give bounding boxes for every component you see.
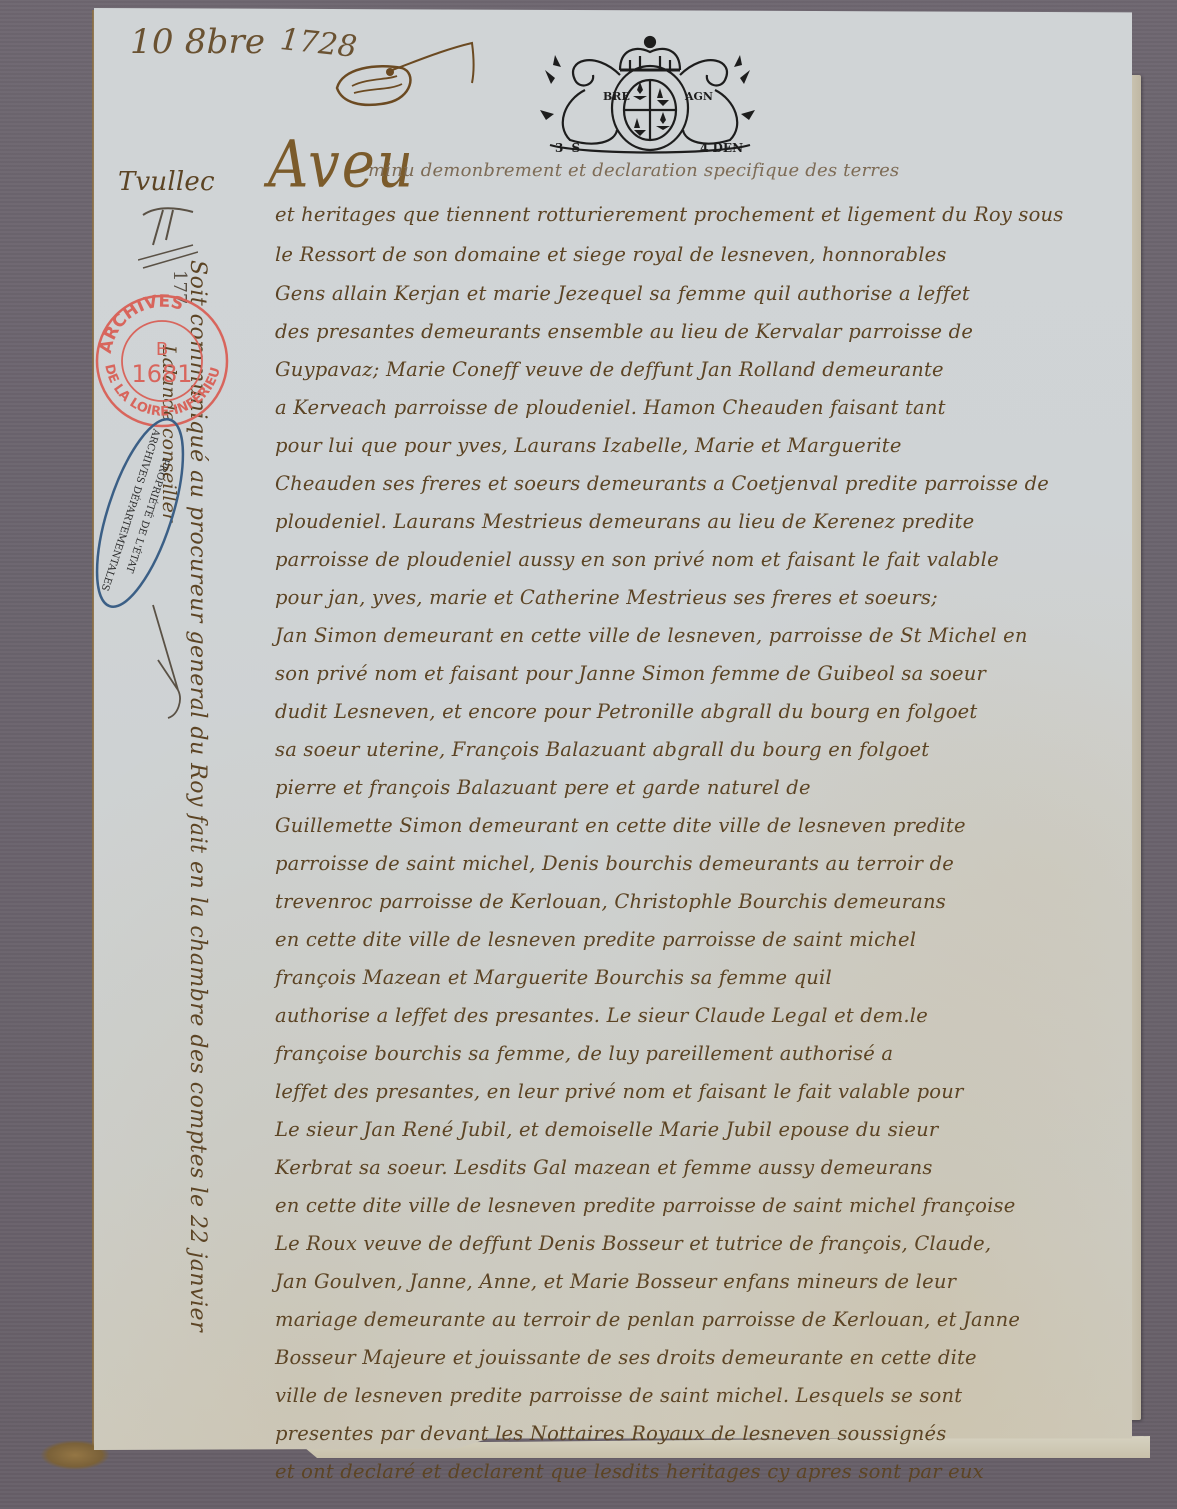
body-line: pierre et françois Balazuant pere et gar… bbox=[275, 776, 811, 799]
body-line: ploudeniel. Laurans Mestrieus demeurans … bbox=[275, 510, 974, 533]
oval-property-stamp-icon: PROPRIÉTÉ DE L'ÉTAT ARCHIVES DÉPARTEMENT… bbox=[95, 408, 185, 618]
body-line: son privé nom et faisant pour Janne Simo… bbox=[275, 662, 986, 685]
date-note: 10 8bre 1728 bbox=[130, 22, 357, 62]
body-line: et heritages que tiennent rotturierement… bbox=[275, 203, 1064, 226]
body-line: Jan Goulven, Janne, Anne, et Marie Bosse… bbox=[275, 1270, 956, 1293]
body-line: parroisse de saint michel, Denis bourchi… bbox=[275, 852, 954, 875]
svg-text:1681: 1681 bbox=[131, 360, 192, 388]
svg-text:3 S: 3 S bbox=[555, 141, 582, 155]
svg-text:B: B bbox=[156, 339, 168, 360]
body-line: a Kerveach parroisse de ploudeniel. Hamo… bbox=[275, 396, 946, 419]
body-line: Kerbrat sa soeur. Lesdits Gal mazean et … bbox=[275, 1156, 933, 1179]
paraph-flourish-icon bbox=[332, 38, 482, 113]
body-line: pour lui que pour yves, Laurans Izabelle… bbox=[275, 434, 902, 457]
body-line: Guypavaz; Marie Coneff veuve de deffunt … bbox=[275, 358, 944, 381]
body-line: parroisse de ploudeniel aussy en son pri… bbox=[275, 548, 999, 571]
body-line: mariage demeurante au terroir de penlan … bbox=[275, 1308, 1020, 1331]
body-line: dudit Lesneven, et encore pour Petronill… bbox=[275, 700, 977, 723]
svg-text:BRE: BRE bbox=[603, 90, 630, 103]
body-line: minu demonbrement et declaration specifi… bbox=[368, 160, 899, 181]
body-line: en cette dite ville de lesneven predite … bbox=[275, 928, 916, 951]
body-line: Gens allain Kerjan et marie Jezequel sa … bbox=[275, 282, 970, 305]
date-day: 10 bbox=[130, 22, 174, 62]
body-line: presentes par devant les Nottaires Royau… bbox=[275, 1422, 947, 1445]
body-line: leffet des presantes, en leur privé nom … bbox=[275, 1080, 964, 1103]
body-line: en cette dite ville de lesneven predite … bbox=[275, 1194, 1016, 1217]
svg-text:4 DEN: 4 DEN bbox=[700, 141, 743, 155]
body-line: et ont declaré et declarent que lesdits … bbox=[275, 1460, 984, 1483]
body-line: Bosseur Majeure et jouissante de ses dro… bbox=[275, 1346, 977, 1369]
body-line: françoise bourchis sa femme, de luy pare… bbox=[275, 1042, 893, 1065]
body-line: Jan Simon demeurant en cette ville de le… bbox=[275, 624, 1028, 647]
body-line: Le sieur Jan René Jubil, et demoiselle M… bbox=[275, 1118, 938, 1141]
royal-seal-icon: 3 S BRE AGN 4 DEN bbox=[525, 30, 775, 155]
body-line: pour jan, yves, marie et Catherine Mestr… bbox=[275, 586, 938, 609]
body-line: Cheauden ses freres et soeurs demeurants… bbox=[275, 472, 1049, 495]
body-line: Guillemette Simon demeurant en cette dit… bbox=[275, 814, 966, 837]
body-line: françois Mazean et Marguerite Bourchis s… bbox=[275, 966, 832, 989]
margin-signature: Tvullec bbox=[118, 167, 215, 197]
body-line: sa soeur uterine, François Balazuant abg… bbox=[275, 738, 929, 761]
body-line: authorise a leffet des presantes. Le sie… bbox=[275, 1004, 928, 1027]
body-line: Le Roux veuve de deffunt Denis Bosseur e… bbox=[275, 1232, 991, 1255]
body-line: des presantes demeurants ensemble au lie… bbox=[275, 320, 973, 343]
margin-flourish-icon bbox=[148, 600, 188, 720]
body-line: ville de lesneven predite parroisse de s… bbox=[275, 1384, 962, 1407]
svg-text:AGN: AGN bbox=[684, 90, 713, 103]
date-month: 8bre bbox=[185, 22, 266, 62]
body-line: le Ressort de son domaine et siege royal… bbox=[275, 243, 947, 266]
body-line: trevenroc parroisse de Kerlouan, Christo… bbox=[275, 890, 946, 913]
